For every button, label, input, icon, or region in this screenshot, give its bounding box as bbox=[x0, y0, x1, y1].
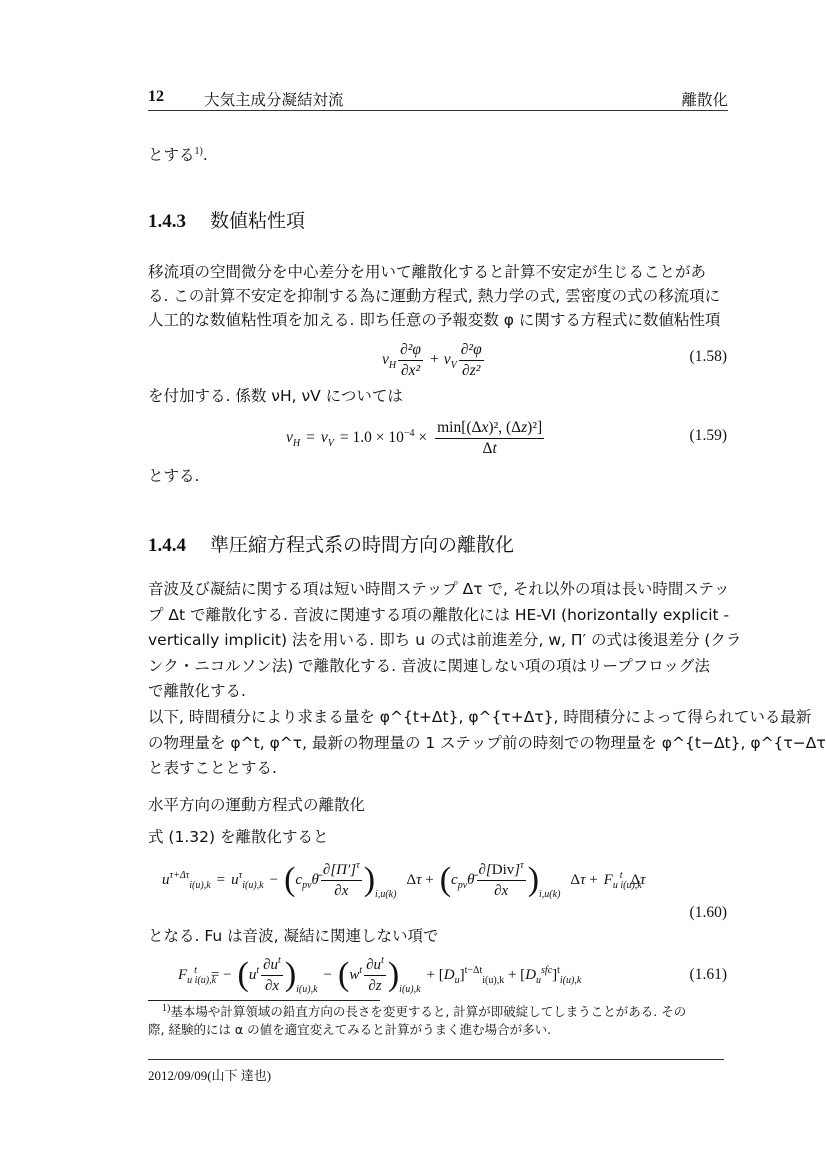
equation-1-58: νH ∂²φ∂x² + νV ∂²φ∂z² bbox=[382, 338, 486, 382]
chapter-title: 大気主成分凝結対流 bbox=[204, 88, 344, 110]
section-heading-1-4-3: 1.4.3 数値粘性項 bbox=[148, 206, 305, 233]
page-number: 12 bbox=[148, 88, 164, 106]
section-number: 1.4.4 bbox=[148, 535, 186, 556]
equation-number: (1.58) bbox=[690, 348, 727, 366]
footnote: 1)基本場や計算領域の鉛直方向の長さを変更すると, 計算が即破綻してしまうことが… bbox=[148, 1003, 728, 1039]
footnote-rule bbox=[148, 1000, 380, 1001]
equation-1-60: uτ+Δτi(u),k= uτi(u),k− (cpvθ̄ ∂[Π′]τ∂x)i… bbox=[162, 856, 646, 904]
header-rule bbox=[148, 110, 728, 111]
equation-number: (1.60) bbox=[690, 904, 727, 922]
subsection-heading: 水平方向の運動方程式の離散化 bbox=[148, 793, 365, 815]
equation-number: (1.61) bbox=[690, 966, 727, 984]
section-label: 離散化 bbox=[681, 88, 728, 110]
footnote-ref[interactable]: 1) bbox=[195, 146, 203, 157]
paragraph: 音波及び凝結に関する項は短い時間ステップ Δτ で, それ以外の項は長い時間ステ… bbox=[148, 577, 728, 705]
section-title: 準圧縮方程式系の時間方向の離散化 bbox=[210, 534, 514, 556]
section-number: 1.4.3 bbox=[148, 211, 186, 232]
footer-text: 2012/09/09(山下 達也) bbox=[148, 1065, 271, 1084]
equation-1-61: Fu i(u),kt= − (ut ∂ut∂x)i(u),k − (wt ∂ut… bbox=[178, 952, 587, 998]
paragraph: 移流項の空間微分を中心差分を用いて離散化すると計算不安定が生じることがあ る. … bbox=[148, 260, 728, 332]
intro-line: とする1). bbox=[148, 143, 208, 167]
paragraph: 以下, 時間積分により求まる量を φ^{t+Δt}, φ^{τ+Δτ}, 時間積… bbox=[148, 705, 728, 782]
footer-rule bbox=[148, 1059, 724, 1060]
equation-number: (1.59) bbox=[690, 427, 727, 445]
running-header: 12 大気主成分凝結対流 離散化 bbox=[148, 88, 728, 110]
equation-1-59: νH= νV= 1.0 × 10−4 × min[(Δx)², (Δz)²]Δt bbox=[286, 416, 546, 460]
paragraph: となる. Fu は音波, 凝結に関連しない項で bbox=[148, 924, 439, 948]
paragraph: 式 (1.32) を離散化すると bbox=[148, 825, 328, 849]
section-title: 数値粘性項 bbox=[210, 210, 305, 232]
paragraph: を付加する. 係数 νH, νV については bbox=[148, 384, 403, 408]
paragraph: とする. bbox=[148, 464, 199, 488]
section-heading-1-4-4: 1.4.4 準圧縮方程式系の時間方向の離散化 bbox=[148, 530, 514, 557]
